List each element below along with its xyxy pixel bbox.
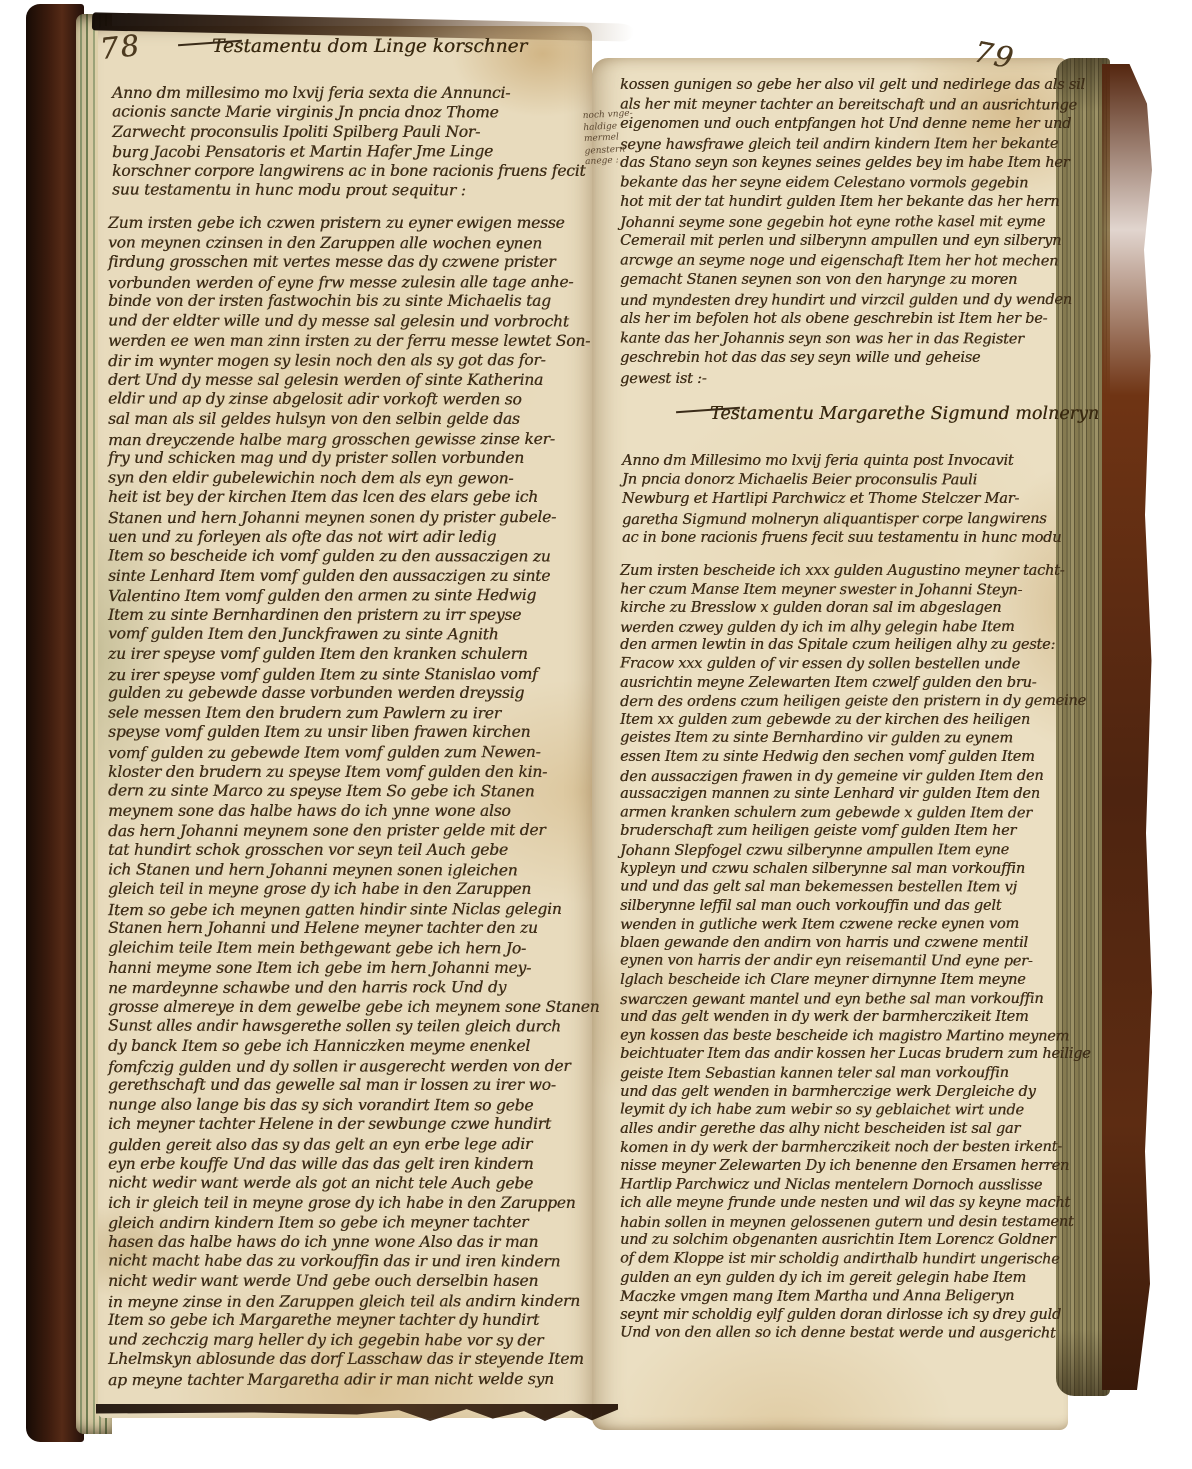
- right-page-intro-paragraph: Anno dm Millesimo mo lxvij feria quinta …: [622, 452, 1046, 548]
- manuscript-text-line: aussaczigen mannen zu sinte Lenhard vir …: [620, 785, 1044, 804]
- manuscript-text-line: nisse meyner Zelewarten Dy ich benenne d…: [620, 1157, 1044, 1176]
- manuscript-text-line: dern zu sinte Marco zu speyse Item So ge…: [108, 782, 586, 803]
- manuscript-text-line: kirche zu Bresslow x gulden doran sal im…: [620, 599, 1044, 618]
- manuscript-text-line: gewest ist :-: [620, 368, 1044, 389]
- manuscript-text-line: und das gelt wenden in dy werk der barmh…: [620, 1008, 1044, 1027]
- manuscript-text-line: Anno dm millesimo mo lxvij feria sexta d…: [112, 84, 582, 103]
- manuscript-text-line: sele messen Item den brudern zum Pawlern…: [108, 703, 586, 724]
- manuscript-text-line: das Stano seyn son keynes seines geldes …: [620, 154, 1044, 174]
- manuscript-text-line: kante das her Johannis seyn son was her …: [620, 329, 1044, 349]
- manuscript-text-line: sinte Lenhard Item vomf gulden den aussa…: [108, 567, 586, 587]
- manuscript-text-line: armen kranken schulern zum gebewde x gul…: [620, 803, 1044, 822]
- right-page-heading: Testamentu Margarethe Sigmund molneryn: [676, 404, 1099, 424]
- manuscript-text-line: Jn pncia donorz Michaelis Beier proconsu…: [622, 471, 1046, 491]
- manuscript-text-line: leymit dy ich habe zum webir so sy gebla…: [620, 1101, 1044, 1120]
- manuscript-text-line: burg Jacobi Pensatoris et Martin Hafer J…: [112, 142, 582, 163]
- manuscript-text-line: firdung grosschen mit vertes messe das d…: [108, 253, 586, 273]
- manuscript-text-line: Stanen hern Johanni und Helene meyner ta…: [108, 919, 586, 939]
- manuscript-text-line: Valentino Item vomf gulden den armen zu …: [108, 586, 586, 607]
- manuscript-text-line: das hern Johanni meynem sone den prister…: [108, 821, 586, 842]
- manuscript-text-line: ne mardeynne schawbe und den harris rock…: [108, 978, 586, 999]
- manuscript-text-line: essen Item zu sinte Hedwig den sechen vo…: [620, 748, 1044, 767]
- manuscript-text-line: seynt mir scholdig eylf gulden doran dir…: [620, 1306, 1044, 1325]
- manuscript-text-line: gulden zu gebewde dasse vorbunden werden…: [108, 684, 586, 704]
- manuscript-text-line: lglach bescheide ich Clare meyner dirnyn…: [620, 971, 1044, 990]
- manuscript-text-line: bruderschaft zum heiligen geiste vomf gu…: [620, 822, 1044, 841]
- manuscript-text-line: uen und zu forleyen als ofte das not wir…: [108, 528, 586, 548]
- manuscript-text-line: kloster den brudern zu speyse Item vomf …: [108, 763, 586, 783]
- manuscript-text-line: und und das gelt sal man bekemessen best…: [620, 878, 1044, 897]
- manuscript-text-line: nicht wedir want werde Und gebe ouch der…: [108, 1272, 586, 1292]
- right-page-first-section-text: kossen gunigen so gebe her also vil gelt…: [620, 76, 1044, 388]
- manuscript-text-line: vomf gulden zu gebewde Item vomf gulden …: [108, 743, 586, 764]
- manuscript-text-line: Maczke vmgen mang Item Martha und Anna B…: [620, 1287, 1044, 1307]
- manuscript-text-line: nunge also lange bis das sy sich vorandi…: [108, 1095, 586, 1116]
- manuscript-text-line: den armen lewtin in das Spitale czum hei…: [620, 636, 1044, 655]
- manuscript-text-line: und der eldter wille und dy messe sal ge…: [108, 311, 586, 332]
- right-page-body-text: Zum irsten bescheide ich xxx gulden Augu…: [620, 562, 1044, 1343]
- manuscript-text-line: gemacht Stanen seynen son von den haryng…: [620, 271, 1044, 291]
- manuscript-text-line: Johanni seyme sone gegebin hot eyne roth…: [620, 212, 1044, 233]
- manuscript-text-line: acionis sancte Marie virginis Jn pncia d…: [112, 103, 582, 123]
- manuscript-text-line: fomfczig gulden und dy sollen ir ausgere…: [108, 1056, 586, 1077]
- manuscript-text-line: gulden gereit also das sy das gelt an ey…: [108, 1135, 586, 1156]
- manuscript-text-line: Zum irsten bescheide ich xxx gulden Augu…: [620, 562, 1044, 581]
- manuscript-text-line: in meyne zinse in den Zaruppen gleich te…: [108, 1292, 586, 1313]
- left-page-heading: Testamentu dom Linge korschner: [178, 36, 527, 57]
- manuscript-text-line: gleich teil in meyne grose dy ich habe i…: [108, 880, 586, 900]
- left-page-body-text: Zum irsten gebe ich czwen pristern zu ey…: [108, 214, 586, 1390]
- manuscript-text-line: eldir und ap dy zinse abgelosit adir vor…: [108, 390, 586, 411]
- manuscript-text-line: seyne hawsfrawe gleich teil andirn kinde…: [620, 134, 1044, 155]
- manuscript-text-line: Item so gebe ich meynen gatten hindir si…: [108, 900, 586, 921]
- manuscript-text-line: komen in dy werk der barmherczikeit noch…: [620, 1138, 1044, 1158]
- manuscript-text-line: ich ir gleich teil in meyne grose dy ich…: [108, 1194, 586, 1214]
- manuscript-text-line: Zum irsten gebe ich czwen pristern zu ey…: [108, 214, 586, 234]
- manuscript-text-line: dy banck Item so gebe ich Hanniczken mey…: [108, 1037, 586, 1057]
- manuscript-text-line: eigenomen und ouch entpfangen hot Und de…: [620, 115, 1044, 135]
- manuscript-text-line: heit ist bey der kirchen Item das lcen d…: [108, 488, 586, 508]
- manuscript-text-line: vorbunden werden of eyne frw messe zules…: [108, 273, 586, 294]
- manuscript-text-line: beichtuater Item das andir kossen her Lu…: [620, 1045, 1044, 1064]
- manuscript-text-line: sal man als sil geldes hulsyn von den se…: [108, 410, 586, 430]
- manuscript-text-line: habin sollen in meynen gelossenen gutern…: [620, 1213, 1044, 1233]
- manuscript-text-line: ausrichtin meyne Zelewarten Item czwelf …: [620, 674, 1044, 693]
- manuscript-text-line: garetha Sigmund molneryn aliquantisper c…: [622, 510, 1046, 530]
- manuscript-text-line: geiste Item Sebastian kannen teler sal m…: [620, 1064, 1044, 1084]
- manuscript-text-line: als her mit meyner tachter an bereitscha…: [620, 95, 1044, 115]
- manuscript-text-line: syn den eldir gubelewichin noch dem als …: [108, 468, 586, 489]
- manuscript-text-line: Item so bescheide ich vomf gulden zu den…: [108, 547, 586, 568]
- manuscript-text-line: geistes Item zu sinte Bernhardino vir gu…: [620, 729, 1044, 748]
- manuscript-text-line: arcwge an seyme noge und eigenschaft Ite…: [620, 251, 1044, 271]
- manuscript-text-line: ich meyner tachter Helene in der sewbung…: [108, 1115, 586, 1135]
- manuscript-text-line: Sunst alles andir hawsgerethe sollen sy …: [108, 1017, 586, 1038]
- manuscript-text-line: und myndesten drey hundirt und virzcil g…: [620, 290, 1044, 311]
- manuscript-text-line: kypleyn und czwu schalen silberynne sal …: [620, 860, 1044, 879]
- manuscript-text-line: und das gelt wenden in barmherczige werk…: [620, 1083, 1044, 1102]
- manuscript-text-line: eynen von harris der andir eyn reisemant…: [620, 952, 1044, 971]
- manuscript-text-line: zu irer speyse vomf gulden Item den kran…: [108, 645, 586, 665]
- manuscript-text-line: dir im wynter mogen sy lesin noch den al…: [108, 351, 586, 372]
- manuscript-text-line: ich alle meyne frunde unde nesten und wi…: [620, 1194, 1044, 1213]
- right-cover-leather: [1102, 64, 1152, 1390]
- left-page-intro-paragraph: Anno dm millesimo mo lxvij feria sexta d…: [112, 84, 582, 200]
- manuscript-text-line: hasen das halbe haws do ich ynne wone Al…: [108, 1233, 586, 1253]
- manuscript-text-line: grosse almereye in dem gewelbe gebe ich …: [108, 998, 586, 1018]
- manuscript-text-line: Cemerail mit perlen und silberynn ampull…: [620, 232, 1044, 252]
- page-number-left: 78: [98, 28, 142, 66]
- manuscript-text-line: her czum Manse Item meyner swester in Jo…: [620, 580, 1044, 599]
- manuscript-text-line: speyse vomf gulden Item zu unsir liben f…: [108, 723, 586, 743]
- manuscript-text-line: gerethschaft und das gewelle sal man ir …: [108, 1076, 586, 1096]
- manuscript-text-line: Fracow xxx gulden of vir essen dy sollen…: [620, 655, 1044, 674]
- manuscript-text-line: gulden an eyn gulden dy ich im gereit ge…: [620, 1269, 1044, 1288]
- manuscript-text-line: Und von den allen so ich denne bestat we…: [620, 1324, 1044, 1343]
- manuscript-text-line: vomf gulden Item den Junckfrawen zu sint…: [108, 625, 586, 646]
- manuscript-text-line: alles andir gerethe das alhy nicht besch…: [620, 1120, 1044, 1139]
- manuscript-text-line: Lhelmskyn ablosunde das dorf Lasschaw da…: [108, 1350, 586, 1370]
- manuscript-text-line: tat hundirt schok grosschen vor seyn tei…: [108, 841, 586, 861]
- manuscript-text-line: Item zu sinte Bernhardinen den pristern …: [108, 606, 586, 626]
- manuscript-text-line: of dem Kloppe ist mir scholdig andirthal…: [620, 1250, 1044, 1269]
- manuscript-text-line: Item xx gulden zum gebewde zu der kirche…: [620, 711, 1044, 730]
- manuscript-text-line: nicht wedir want werde als got an nicht …: [108, 1174, 586, 1195]
- manuscript-text-line: Anno dm Millesimo mo lxvij feria quinta …: [622, 452, 1046, 471]
- manuscript-text-line: den aussaczigen frawen in dy gemeine vir…: [620, 766, 1044, 786]
- manuscript-text-line: ap meyne tachter Margaretha adir ir man …: [108, 1370, 586, 1391]
- manuscript-text-line: ich Stanen und hern Johanni meynen sonen…: [108, 860, 586, 881]
- manuscript-text-line: dern des ordens czum heiligen geiste den…: [620, 692, 1044, 712]
- manuscript-text-line: silberynne leffil sal man ouch vorkouffi…: [620, 897, 1044, 916]
- manuscript-text-line: meynem sone das halbe haws do ich ynne w…: [108, 802, 586, 822]
- manuscript-text-line: fry und schicken mag und dy prister soll…: [108, 449, 586, 469]
- manuscript-text-line: bekante das her seyne eidem Celestano vo…: [620, 173, 1044, 193]
- manuscript-text-line: hot mit der tat hundirt gulden Item her …: [620, 193, 1044, 213]
- manuscript-text-line: hanni meyme sone Item ich gebe im hern J…: [108, 959, 586, 979]
- manuscript-text-line: wenden in gutliche werk Item czwene reck…: [620, 915, 1044, 935]
- manuscript-photo: 78 79 Testamentu dom Linge korschner Ann…: [0, 0, 1192, 1469]
- manuscript-text-line: Johann Slepfogel czwu silberynne ampulle…: [620, 841, 1044, 861]
- manuscript-text-line: werden czwey gulden dy ich im alhy geleg…: [620, 618, 1044, 638]
- manuscript-text-line: Newburg et Hartlipi Parchwicz et Thome S…: [622, 490, 1046, 509]
- manuscript-text-line: eyn erbe kouffe Und das wille das das ge…: [108, 1155, 586, 1175]
- manuscript-text-line: und zu solchim obgenanten ausrichtin Ite…: [620, 1231, 1044, 1250]
- manuscript-text-line: werden ee wen man zinn irsten zu der fer…: [108, 332, 586, 352]
- manuscript-text-line: blaen gewande den andirn von harris und …: [620, 934, 1044, 953]
- manuscript-text-line: gleichim teile Item mein bethgewant gebe…: [108, 938, 586, 959]
- manuscript-text-line: ac in bone racionis fruens fecit suu tes…: [622, 529, 1046, 548]
- manuscript-text-line: korschner corpore langwirens ac in bone …: [112, 162, 582, 181]
- manuscript-text-line: gleich andirn kindern Item so gebe ich m…: [108, 1213, 586, 1234]
- manuscript-text-line: Zarwecht proconsulis Ipoliti Spilberg Pa…: [112, 123, 582, 142]
- manuscript-text-line: eyn kossen das beste bescheide ich magis…: [620, 1026, 1044, 1045]
- manuscript-text-line: suu testamentu in hunc modu prout sequit…: [112, 181, 582, 201]
- manuscript-text-line: dert Und dy messe sal gelesin werden of …: [108, 371, 586, 391]
- manuscript-text-line: von meynen czinsen in den Zaruppen alle …: [108, 233, 586, 254]
- manuscript-text-line: Item so gebe ich Margarethe meyner tacht…: [108, 1311, 586, 1331]
- manuscript-text-line: und zechczig marg heller dy ich gegebin …: [108, 1330, 586, 1351]
- manuscript-text-line: als her im befolen hot als obene geschre…: [620, 310, 1044, 330]
- manuscript-text-line: Hartlip Parchwicz und Niclas mentelern D…: [620, 1175, 1044, 1194]
- manuscript-text-line: swarczen gewant mantel und eyn bethe sal…: [620, 990, 1044, 1010]
- manuscript-text-line: Stanen und hern Johanni meynen sonen dy …: [108, 508, 586, 529]
- manuscript-text-line: geschrebin hot das das sey seyn wille un…: [620, 349, 1044, 369]
- manuscript-text-line: man dreyczende halbe marg grosschen gewi…: [108, 429, 586, 450]
- left-page-bottom-damage: [96, 1404, 618, 1421]
- manuscript-text-line: binde von der irsten fastwochin bis zu s…: [108, 292, 586, 312]
- manuscript-text-line: zu irer speyse vomf gulden Item zu sinte…: [108, 665, 586, 686]
- manuscript-text-line: kossen gunigen so gebe her also vil gelt…: [620, 76, 1044, 96]
- manuscript-text-line: nicht macht habe das zu vorkouffin das i…: [108, 1252, 586, 1273]
